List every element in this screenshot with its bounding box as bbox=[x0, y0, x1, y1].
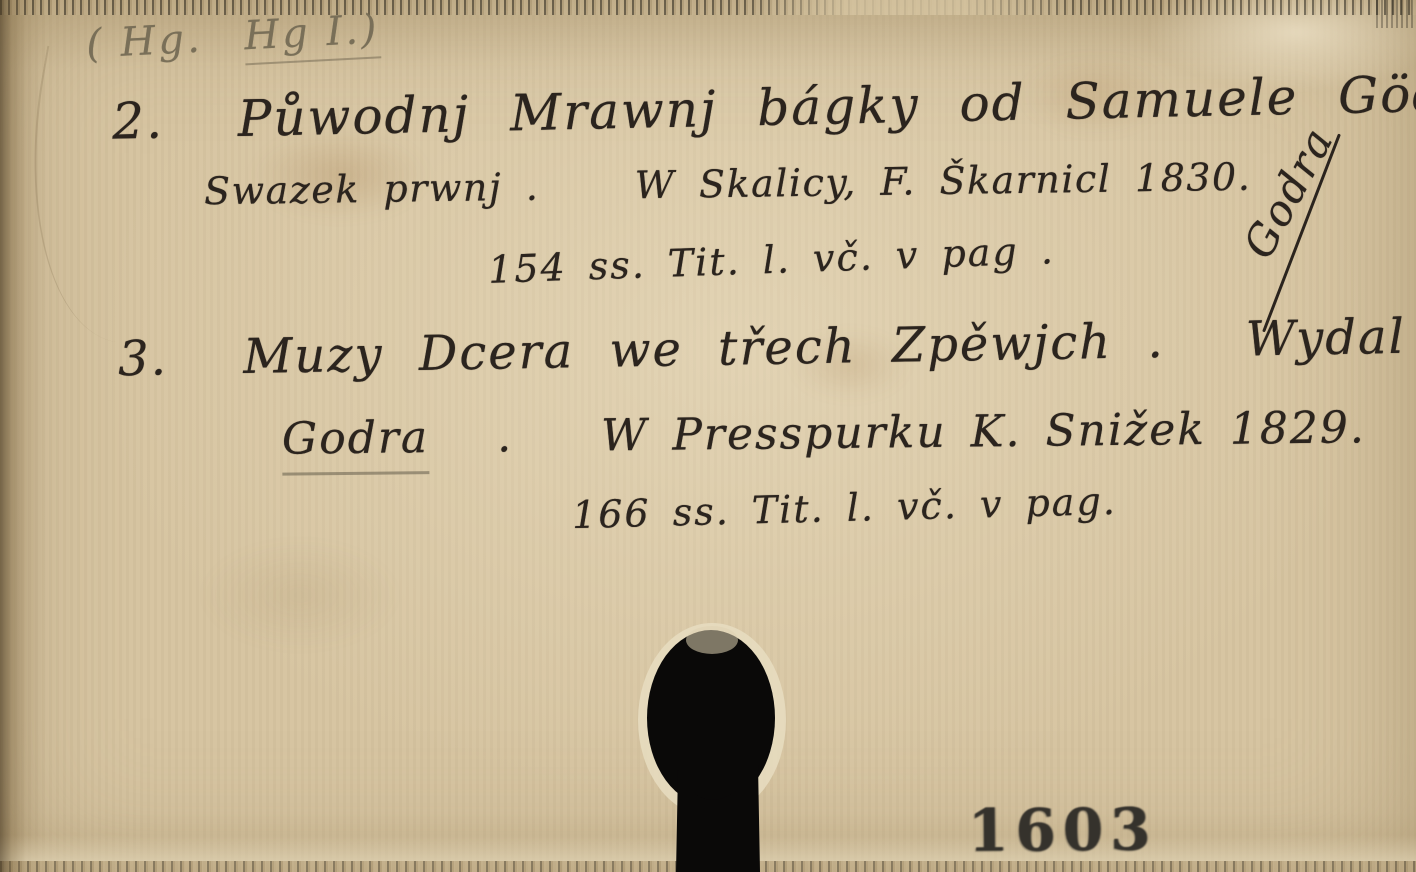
entry-3-imprint: W Presspurku K. Snižek 1829. bbox=[601, 402, 1366, 461]
entry-2-title-line: 2. Půwodnj Mrawnj bágky od Samuele Gödry… bbox=[112, 63, 1416, 150]
scan-edge-left bbox=[0, 0, 26, 872]
entry-3-separator: . bbox=[497, 411, 514, 462]
ink-stain bbox=[200, 540, 400, 650]
entry-3-title-continuation: Wydal Samuel bbox=[1245, 305, 1416, 368]
hole-top-notch bbox=[686, 626, 738, 654]
entry-3-title-line: 3. Muzy Dcera we třech Zpěwjch . Wydal S… bbox=[118, 305, 1416, 387]
pencil-shelfmark-open: ( Hg. bbox=[85, 16, 204, 68]
entry-2-number: 2. bbox=[112, 92, 165, 151]
pencil-shelfmark-underlined: Hg I.) bbox=[243, 6, 381, 65]
accession-number-stamp: 1603 bbox=[968, 795, 1158, 865]
scan-edge-top bbox=[0, 0, 1416, 15]
entry-3-collation: 166 ss. Tit. l. vč. v pag. bbox=[572, 479, 1118, 537]
catalog-card-scan: ( Hg. Hg I.) 2. Půwodnj Mrawnj bágky od … bbox=[0, 0, 1416, 872]
entry-2-title: Půwodnj Mrawnj bágky od Samuele Gödry. bbox=[237, 63, 1416, 148]
entry-3-imprint-line: Godra . W Presspurku K. Snižek 1829. bbox=[282, 402, 1366, 464]
entry-2-collation-line: 154 ss. Tit. l. vč. v pag . bbox=[487, 228, 1055, 292]
pencil-shelfmark: ( Hg. Hg I.) bbox=[85, 6, 381, 67]
punched-hole bbox=[628, 610, 800, 872]
entry-2-volume: Swazek prwnj . bbox=[204, 165, 540, 214]
paper-crease bbox=[0, 46, 177, 345]
entry-2-imprint: W Skalicy, F. Škarnicl 1830. bbox=[635, 155, 1252, 208]
entry-3-number: 3. bbox=[118, 330, 169, 387]
scan-edge-right bbox=[1376, 0, 1416, 28]
entry-3-collation-line: 166 ss. Tit. l. vč. v pag. bbox=[572, 479, 1118, 537]
entry-3-title: Muzy Dcera we třech Zpěwjch . bbox=[243, 313, 1165, 385]
entry-3-author: Godra bbox=[282, 412, 430, 476]
entry-2-collation: 154 ss. Tit. l. vč. v pag . bbox=[487, 228, 1055, 292]
